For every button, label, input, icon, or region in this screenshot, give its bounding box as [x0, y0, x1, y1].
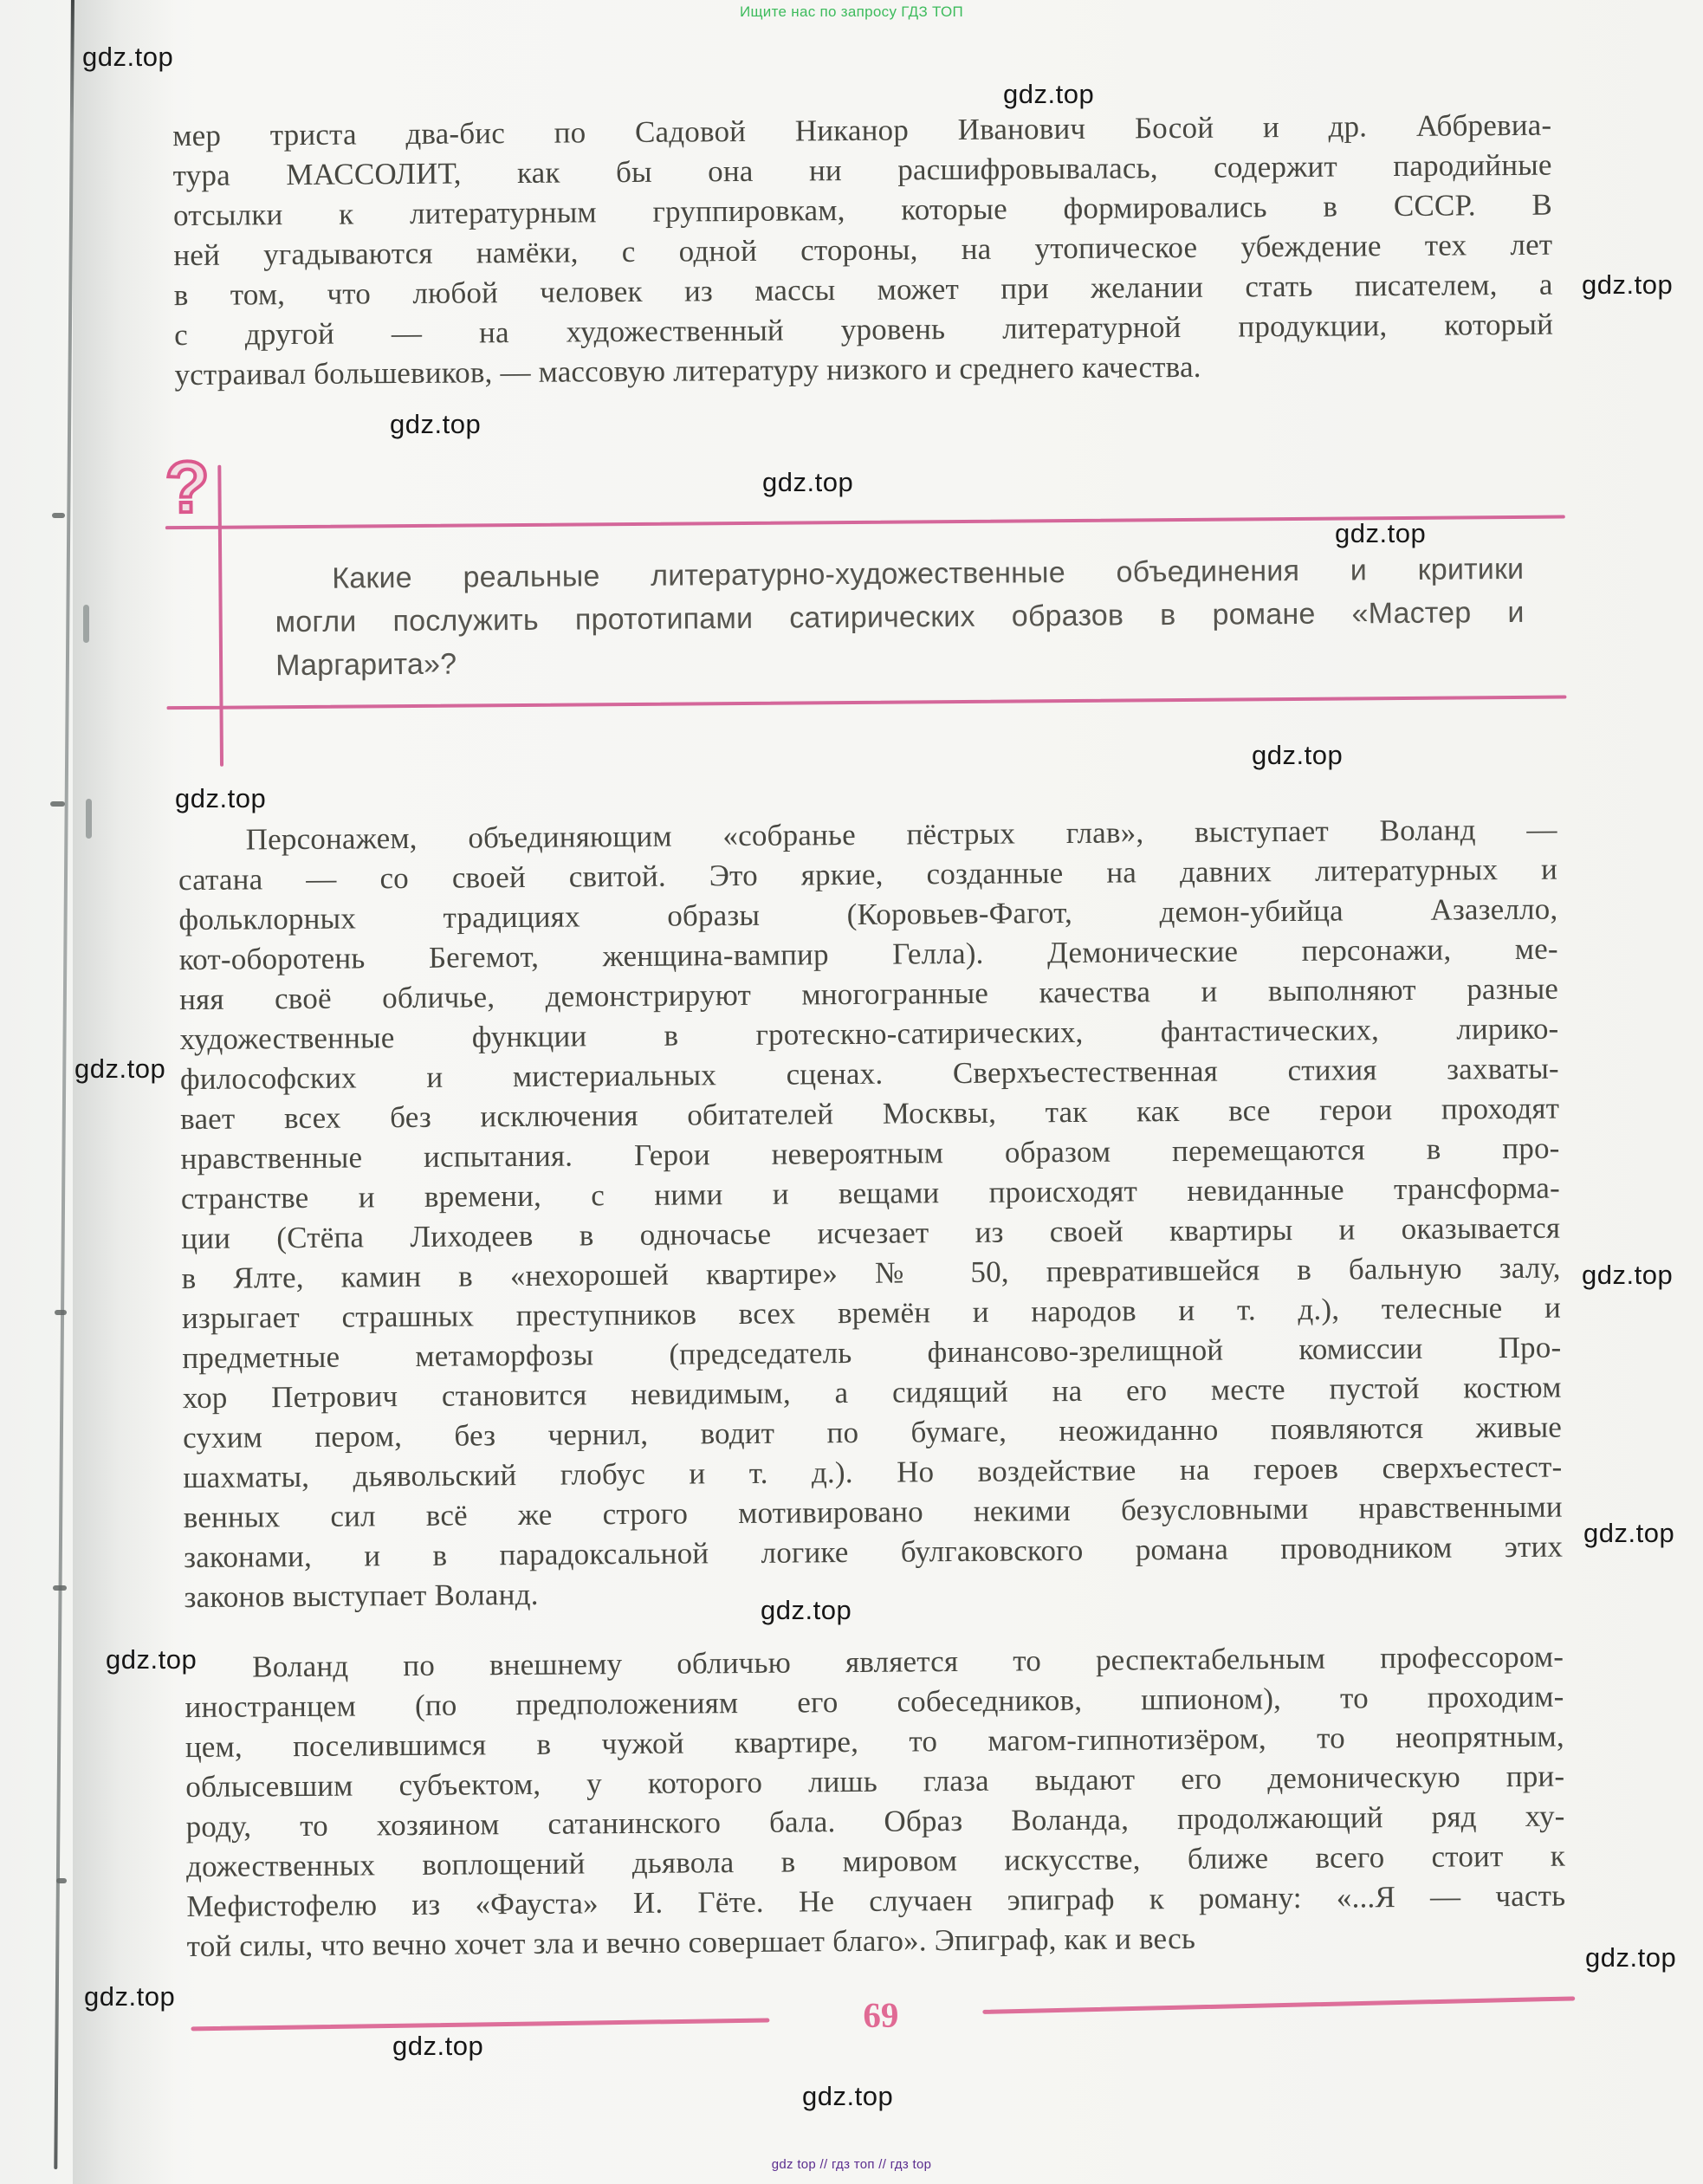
question-box-bottom-border	[166, 696, 1566, 710]
question-box-top-border	[165, 515, 1565, 530]
footer-rule-left	[191, 2018, 769, 2031]
question-text: Какие реальные литературно-художественны…	[275, 548, 1525, 687]
scanned-book-page: { "page": { "watermark_label": "gdz.top"…	[0, 0, 1703, 2184]
body-paragraph-voland-appearance: Воланд по внешнему обличью является то р…	[185, 1637, 1566, 1967]
question-mark-icon: ?	[165, 450, 210, 523]
question-box-left-border	[217, 465, 223, 767]
body-paragraph-voland-retinue: Персонажем, объединяющим «собранье пёстр…	[178, 810, 1564, 1617]
page-number: 69	[863, 1994, 898, 2036]
footer-rule-right	[982, 1996, 1575, 2014]
scanned-print-layer: мер триста два-бис по Садовой Никанор Ив…	[0, 0, 1703, 2184]
body-paragraph-continuation: мер триста два-бис по Садовой Никанор Ив…	[172, 106, 1553, 395]
